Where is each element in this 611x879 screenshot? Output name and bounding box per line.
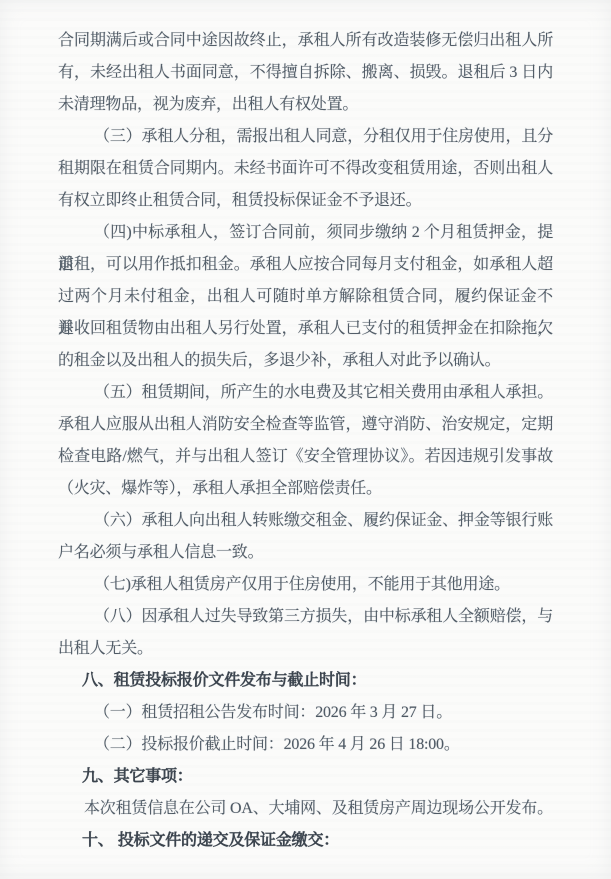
- document-line: 有权立即终止租赁合同，租赁投标保证金不予退还。: [58, 185, 553, 217]
- document-line: （火灾、爆炸等），承租人承担全部赔偿责任。: [58, 473, 553, 505]
- document-line: 未清理物品，视为废弃，出租人有权处置。: [58, 89, 553, 121]
- document-text-block: 合同期满后或合同中途因故终止，承租人所有改造装修无偿归出租人所有，未经出租人书面…: [58, 25, 553, 857]
- document-line: 出租人无关。: [58, 633, 553, 665]
- document-line: （八）因承租人过失导致第三方损失，由中标承租人全额赔偿，与: [58, 601, 553, 633]
- document-line: （七)承租人租赁房产仅用于住房使用，不能用于其他用途。: [58, 569, 553, 601]
- document-page: 合同期满后或合同中途因故终止，承租人所有改造装修无偿归出租人所有，未经出租人书面…: [0, 0, 611, 879]
- document-line: 合同期满后或合同中途因故终止，承租人所有改造装修无偿归出租人所: [58, 25, 553, 57]
- document-line: 过两个月未付租金，出租人可随时单方解除租赁合同，履约保证金不退，: [58, 281, 553, 313]
- document-line: （二）投标报价截止时间：2026 年 4 月 26 日 18:00。: [58, 729, 553, 761]
- document-heading-line: 九、其它事项：: [58, 761, 553, 793]
- document-line: 有，未经出租人书面同意，不得擅自拆除、搬离、损毁。退租后 3 日内: [58, 57, 553, 89]
- document-line: 退租，可以用作抵扣租金。承租人应按合同每月支付租金，如承租人超: [58, 249, 553, 281]
- document-line: 租期限在租赁合同期内。未经书面许可不得改变租赁用途，否则出租人: [58, 153, 553, 185]
- document-line: （五）租赁期间，所产生的水电费及其它相关费用由承租人承担。: [58, 377, 553, 409]
- document-line: （六）承租人向出租人转账缴交租金、履约保证金、押金等银行账: [58, 505, 553, 537]
- document-line: （一）租赁招租公告发布时间：2026 年 3 月 27 日。: [58, 697, 553, 729]
- document-line: 户名必须与承租人信息一致。: [58, 537, 553, 569]
- document-line: 并收回租赁物由出租人另行处置，承租人已支付的租赁押金在扣除拖欠: [58, 313, 553, 345]
- document-line: （四)中标承租人，签订合同前，须同步缴纳 2 个月租赁押金，提前: [58, 217, 553, 249]
- document-line: 本次租赁信息在公司 OA、大埔网、及租赁房产周边现场公开发布。: [58, 793, 553, 825]
- document-line: 承租人应服从出租人消防安全检查等监管，遵守消防、治安规定，定期: [58, 409, 553, 441]
- document-heading-line: 八、租赁投标报价文件发布与截止时间：: [58, 665, 553, 697]
- document-line: （三）承租人分租，需报出租人同意，分租仅用于住房使用，且分: [58, 121, 553, 153]
- document-line: 的租金以及出租人的损失后，多退少补，承租人对此予以确认。: [58, 345, 553, 377]
- document-line: 检查电路/燃气，并与出租人签订《安全管理协议》。若因违规引发事故: [58, 441, 553, 473]
- document-heading-line: 十、 投标文件的递交及保证金缴交：: [58, 825, 553, 857]
